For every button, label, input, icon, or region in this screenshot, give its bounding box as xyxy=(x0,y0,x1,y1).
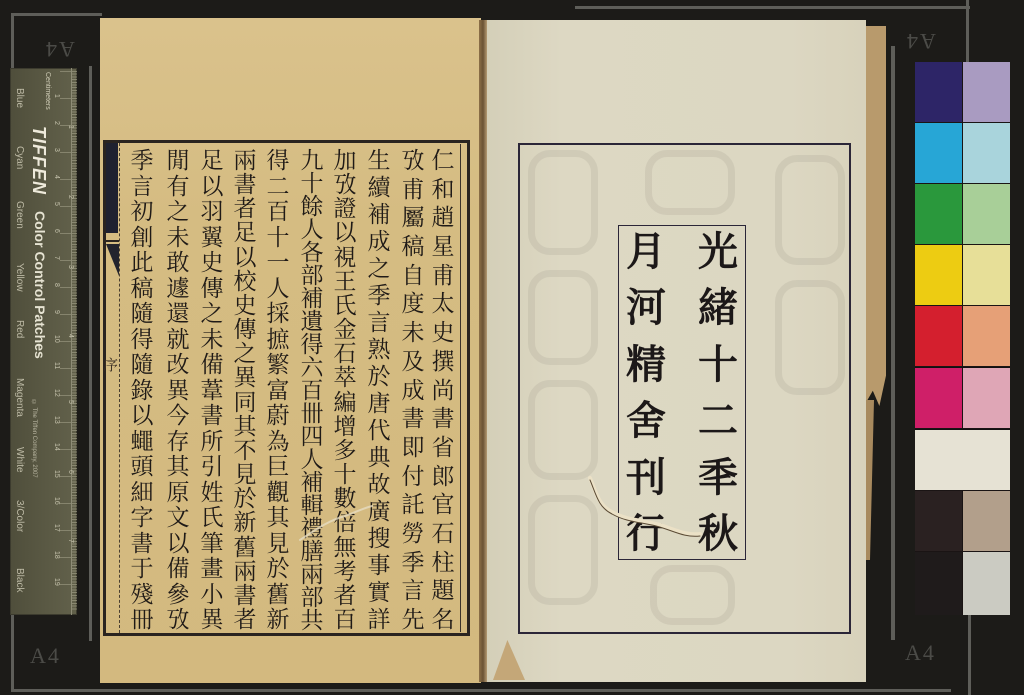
cm-tick-label: 5 xyxy=(53,202,60,206)
imprint-publisher-column: 月河精舍刊行 xyxy=(622,232,670,554)
glyph: 史 xyxy=(234,295,257,318)
patch-3color-tint xyxy=(962,491,1010,551)
inch-tick-label: 6 xyxy=(67,470,74,474)
inch-tick-label: 4 xyxy=(67,334,74,338)
glyph: 史 xyxy=(432,322,455,345)
glyph: 以 xyxy=(131,405,154,428)
glyph: 人 xyxy=(267,278,290,301)
glyph: 富 xyxy=(267,380,290,403)
glyph: 視 xyxy=(334,247,357,270)
patch-red-full xyxy=(915,306,962,366)
text-column: 兩書者足以校史傳之異同其不見於新舊兩書者 xyxy=(231,150,259,632)
glyph: 校 xyxy=(234,271,257,294)
glyph: 存 xyxy=(167,431,190,454)
glyph: 隨 xyxy=(131,303,154,326)
glyph: 字 xyxy=(131,507,154,530)
glyph: 九 xyxy=(301,150,324,173)
a4-mark-bottom-right: A4 xyxy=(905,640,936,666)
patch-green-full xyxy=(915,184,962,244)
glyph: 郎 xyxy=(432,466,455,489)
glyph: 言 xyxy=(402,580,425,603)
ruler-label-magenta: Magenta xyxy=(14,378,24,417)
glyph: 度 xyxy=(402,293,425,316)
glyph: 考 xyxy=(334,561,357,584)
glyph: 稿 xyxy=(402,236,425,259)
frame-line-right-upper xyxy=(966,0,969,62)
glyph: 卌 xyxy=(301,403,324,426)
glyph: 趙 xyxy=(432,207,455,230)
glyph: 原 xyxy=(167,482,190,505)
glyph: 太 xyxy=(432,293,455,316)
glyph: 倍 xyxy=(334,512,357,535)
glyph: 行 xyxy=(626,514,666,554)
glyph: 人 xyxy=(301,219,324,242)
text-column: 閒有之未敢遽還就改異今存其原文以備參攷 xyxy=(164,150,192,632)
text-column: 九十餘人各部補遺得六百卌四人補輯禮膳兩部共 xyxy=(298,150,326,632)
text-column: 得二百十一人採摭繁富蔚為巨觀其見於舊新 xyxy=(264,150,292,632)
glyph: 細 xyxy=(131,482,154,505)
patch-row-yellow xyxy=(915,245,1010,306)
glyph: 其 xyxy=(234,416,257,439)
patch-black-tint xyxy=(962,552,1010,615)
fold-black-mouth xyxy=(106,143,118,233)
cm-tick-label: 1 xyxy=(53,94,60,98)
glyph: 共 xyxy=(301,610,324,633)
glyph: 所 xyxy=(201,431,224,454)
glyph: 餘 xyxy=(301,196,324,219)
ruler-units-label: Centimeters xyxy=(44,72,51,110)
glyph: 隨 xyxy=(131,354,154,377)
cm-tick-label: 18 xyxy=(53,551,60,559)
glyph: 名 xyxy=(432,609,455,632)
ruler-label-green: Green xyxy=(14,201,24,229)
patch-row-3color xyxy=(915,491,1010,552)
color-patch-strip xyxy=(915,62,1010,615)
glyph: 畫 xyxy=(201,558,224,581)
ruler-label-yellow: Yellow xyxy=(14,263,24,292)
glyph: 搜 xyxy=(368,528,391,551)
inch-tick-label: 3 xyxy=(67,265,74,269)
text-column: 生續補成之季言熟於唐代典故廣搜事實詳 xyxy=(365,150,393,632)
glyph: 攷 xyxy=(167,609,190,632)
patch-red-tint xyxy=(962,306,1010,366)
glyph: 撰 xyxy=(432,351,455,374)
glyph: 補 xyxy=(301,288,324,311)
glyph: 得 xyxy=(267,150,290,173)
glyph: 四 xyxy=(301,426,324,449)
glyph: 者 xyxy=(334,585,357,608)
a4-mark-top-right: A4 xyxy=(905,28,936,54)
glyph: 見 xyxy=(234,464,257,487)
glyph: 補 xyxy=(368,204,391,227)
glyph: 十 xyxy=(698,345,738,385)
glyph: 甫 xyxy=(432,265,455,288)
glyph: 備 xyxy=(167,558,190,581)
glyph: 以 xyxy=(167,533,190,556)
glyph: 各 xyxy=(301,242,324,265)
glyph: 小 xyxy=(201,584,224,607)
glyph: 柱 xyxy=(432,552,455,575)
glyph: 王 xyxy=(334,271,357,294)
glyph: 稿 xyxy=(131,278,154,301)
glyph: 月 xyxy=(626,232,666,272)
glyph: 季 xyxy=(402,552,425,575)
glyph: 翼 xyxy=(201,227,224,250)
fold-label: 序 xyxy=(103,354,118,375)
glyph: 之 xyxy=(167,201,190,224)
glyph: 故 xyxy=(368,474,391,497)
left-frame-inner-rule xyxy=(460,144,461,632)
glyph: 屬 xyxy=(402,207,425,230)
cm-tick-label: 10 xyxy=(53,335,60,343)
glyph: 其 xyxy=(167,456,190,479)
glyph: 加 xyxy=(334,150,357,173)
glyph: 者 xyxy=(234,609,257,632)
glyph: 百 xyxy=(267,201,290,224)
color-control-ruler: Blue Cyan Green Yellow Red Magenta White… xyxy=(10,68,77,615)
frame-line-left-inner xyxy=(89,66,92,641)
cm-tick-label: 17 xyxy=(53,524,60,532)
glyph: 之 xyxy=(201,303,224,326)
glyph: 改 xyxy=(167,354,190,377)
glyph: 舊 xyxy=(234,537,257,560)
patch-cyan-tint xyxy=(962,123,1010,183)
glyph: 備 xyxy=(201,354,224,377)
glyph: 傳 xyxy=(201,278,224,301)
glyph: 未 xyxy=(167,227,190,250)
glyph: 冊 xyxy=(131,609,154,632)
glyph: 於 xyxy=(234,488,257,511)
glyph: 異 xyxy=(201,609,224,632)
glyph: 書 xyxy=(201,405,224,428)
inch-tick-label: 5 xyxy=(67,400,74,404)
patch-row-cyan xyxy=(915,123,1010,184)
book-gutter xyxy=(479,20,487,682)
glyph: 數 xyxy=(334,488,357,511)
ruler-label-3color: 3/Color xyxy=(14,500,24,532)
patch-black-full xyxy=(915,552,962,615)
glyph: 未 xyxy=(201,329,224,352)
glyph: 錄 xyxy=(131,380,154,403)
a4-mark-bottom-left: A4 xyxy=(30,643,61,669)
glyph: 於 xyxy=(368,366,391,389)
inch-tick-label: 2 xyxy=(67,195,74,199)
glyph: 敢 xyxy=(167,252,190,275)
glyph: 補 xyxy=(301,472,324,495)
cm-tick-label: 13 xyxy=(53,416,60,424)
glyph: 初 xyxy=(131,201,154,224)
glyph: 足 xyxy=(201,150,224,173)
glyph: 膳 xyxy=(301,541,324,564)
glyph: 實 xyxy=(368,582,391,605)
glyph: 書 xyxy=(432,408,455,431)
glyph: 書 xyxy=(402,408,425,431)
glyph: 觀 xyxy=(267,482,290,505)
cm-tick-label: 9 xyxy=(53,310,60,314)
glyph: 輯 xyxy=(301,495,324,518)
glyph: 證 xyxy=(334,198,357,221)
glyph: 書 xyxy=(131,533,154,556)
glyph: 頭 xyxy=(131,456,154,479)
glyph: 葦 xyxy=(201,380,224,403)
cm-tick-label: 4 xyxy=(53,175,60,179)
frame-line-top xyxy=(575,6,970,9)
patch-row-green xyxy=(915,184,1010,245)
patch-yellow-tint xyxy=(962,245,1010,305)
frame-line-right-lower xyxy=(968,615,971,695)
glyph: 其 xyxy=(267,507,290,530)
cm-tick-label: 15 xyxy=(53,470,60,478)
patch-blue-full xyxy=(915,62,962,122)
glyph: 河 xyxy=(626,288,666,328)
glyph: 言 xyxy=(368,312,391,335)
cm-tick-label: 7 xyxy=(53,256,60,260)
cm-tick-label: 16 xyxy=(53,497,60,505)
glyph: 羽 xyxy=(201,201,224,224)
glyph: 蠅 xyxy=(131,431,154,454)
glyph: 得 xyxy=(301,334,324,357)
glyph: 詳 xyxy=(368,609,391,632)
patch-magenta-tint xyxy=(962,368,1010,428)
glyph: 續 xyxy=(368,177,391,200)
frame-line-left xyxy=(11,13,14,68)
glyph: 禮 xyxy=(301,518,324,541)
glyph: 二 xyxy=(267,176,290,199)
glyph: 官 xyxy=(432,494,455,517)
cm-tick-label: 6 xyxy=(53,229,60,233)
glyph: 異 xyxy=(167,380,190,403)
glyph: 於 xyxy=(267,558,290,581)
glyph: 新 xyxy=(234,512,257,535)
glyph: 增 xyxy=(334,416,357,439)
ruler-label-red: Red xyxy=(14,320,24,338)
glyph: 為 xyxy=(267,431,290,454)
ruler-rail xyxy=(71,68,72,615)
glyph: 于 xyxy=(131,558,154,581)
glyph: 攷 xyxy=(402,150,425,173)
glyph: 二 xyxy=(698,401,738,441)
glyph: 緒 xyxy=(698,288,738,328)
tiffen-logo: TIFFEN xyxy=(30,126,48,195)
glyph: 同 xyxy=(234,392,257,415)
glyph: 蔚 xyxy=(267,405,290,428)
glyph: 之 xyxy=(368,258,391,281)
glyph: 編 xyxy=(334,392,357,415)
glyph: 即 xyxy=(402,437,425,460)
frame-line-left-lower xyxy=(11,615,14,691)
glyph: 舍 xyxy=(626,401,666,441)
glyph: 言 xyxy=(131,176,154,199)
patch-green-tint xyxy=(962,184,1010,244)
glyph: 先 xyxy=(402,609,425,632)
glyph: 無 xyxy=(334,537,357,560)
glyph: 託 xyxy=(402,494,425,517)
mm-tick-marks xyxy=(72,71,77,611)
glyph: 氏 xyxy=(201,507,224,530)
glyph: 今 xyxy=(167,405,190,428)
glyph: 廣 xyxy=(368,501,391,524)
glyph: 巨 xyxy=(267,456,290,479)
text-column: 仁和趙星甫太史撰尚書省郎官石柱題名 xyxy=(429,150,457,632)
glyph: 以 xyxy=(234,247,257,270)
ruler-copyright: © The Tiffen Company, 2007 xyxy=(31,400,37,478)
glyph: 萃 xyxy=(334,367,357,390)
glyph: 創 xyxy=(131,227,154,250)
glyph: 十 xyxy=(301,173,324,196)
glyph: 典 xyxy=(368,447,391,470)
glyph: 者 xyxy=(234,198,257,221)
glyph: 引 xyxy=(201,456,224,479)
glyph: 百 xyxy=(301,380,324,403)
glyph: 甫 xyxy=(402,179,425,202)
glyph: 仁 xyxy=(432,150,455,173)
frame-line-top-left xyxy=(12,13,102,16)
glyph: 多 xyxy=(334,440,357,463)
ruler-label-white: White xyxy=(14,447,24,473)
glyph: 書 xyxy=(234,174,257,197)
glyph: 季 xyxy=(131,150,154,173)
patch-blue-tint xyxy=(962,62,1010,122)
underlying-page-edge xyxy=(864,26,886,406)
glyph: 百 xyxy=(334,609,357,632)
cm-tick-label: 2 xyxy=(53,121,60,125)
glyph: 書 xyxy=(234,585,257,608)
glyph: 代 xyxy=(368,420,391,443)
imprint-date-column: 光緒十二秊秋 xyxy=(694,232,742,554)
glyph: 兩 xyxy=(301,564,324,587)
patch-row-red xyxy=(915,306,1010,367)
glyph: 刊 xyxy=(626,458,666,498)
glyph: 以 xyxy=(334,222,357,245)
glyph: 殘 xyxy=(131,584,154,607)
glyph: 勞 xyxy=(402,523,425,546)
glyph: 遽 xyxy=(167,278,190,301)
text-column: 攷甫屬稿自度未及成書即付託勞季言先 xyxy=(399,150,427,632)
a4-mark-top-left: A4 xyxy=(44,36,75,62)
cm-tick-label: 14 xyxy=(53,443,60,451)
glyph: 和 xyxy=(432,179,455,202)
glyph: 以 xyxy=(201,176,224,199)
glyph: 閒 xyxy=(167,150,190,173)
cm-tick-label: 12 xyxy=(53,389,60,397)
glyph: 舊 xyxy=(267,584,290,607)
glyph: 金 xyxy=(334,319,357,342)
glyph: 一 xyxy=(267,252,290,275)
patch-row-white xyxy=(915,430,1010,491)
glyph: 見 xyxy=(267,533,290,556)
glyph: 之 xyxy=(234,343,257,366)
glyph: 部 xyxy=(301,587,324,610)
glyph: 事 xyxy=(368,555,391,578)
frame-line-right-inner xyxy=(891,46,895,640)
text-column: 加攷證以視王氏金石萃編增多十數倍無考者百 xyxy=(331,150,359,632)
glyph: 筆 xyxy=(201,533,224,556)
glyph: 有 xyxy=(167,176,190,199)
glyph: 精 xyxy=(626,345,666,385)
glyph: 光 xyxy=(698,232,738,272)
frame-line-bottom xyxy=(11,689,951,692)
patch-cyan-full xyxy=(915,123,962,183)
ruler-label-black: Black xyxy=(14,568,24,592)
glyph: 繁 xyxy=(267,354,290,377)
patch-row-magenta xyxy=(915,368,1010,429)
cm-tick-label: 11 xyxy=(53,362,60,369)
glyph: 還 xyxy=(167,303,190,326)
patch-3color-full xyxy=(915,491,962,551)
glyph: 人 xyxy=(301,449,324,472)
glyph: 足 xyxy=(234,222,257,245)
glyph: 及 xyxy=(402,351,425,374)
glyph: 石 xyxy=(432,523,455,546)
patch-row-blue xyxy=(915,62,1010,123)
cm-tick-label: 8 xyxy=(53,283,60,287)
glyph: 參 xyxy=(167,584,190,607)
ruler-title: Color Control Patches xyxy=(33,211,47,359)
text-column: 足以羽翼史傳之未備葦書所引姓氏筆畫小異 xyxy=(198,150,226,632)
fold-center-rule xyxy=(119,143,120,633)
fishtail-rule xyxy=(106,240,119,242)
glyph: 兩 xyxy=(234,150,257,173)
glyph: 季 xyxy=(368,285,391,308)
glyph: 石 xyxy=(334,343,357,366)
glyph: 就 xyxy=(167,329,190,352)
glyph: 氏 xyxy=(334,295,357,318)
glyph: 付 xyxy=(402,466,425,489)
cm-tick-label: 19 xyxy=(53,578,60,586)
glyph: 唐 xyxy=(368,393,391,416)
glyph: 省 xyxy=(432,437,455,460)
ruler-label-blue: Blue xyxy=(14,88,24,108)
glyph: 不 xyxy=(234,440,257,463)
glyph: 摭 xyxy=(267,329,290,352)
glyph: 兩 xyxy=(234,561,257,584)
glyph: 星 xyxy=(432,236,455,259)
glyph: 題 xyxy=(432,580,455,603)
inch-tick-label: 1 xyxy=(67,125,74,129)
glyph: 六 xyxy=(301,357,324,380)
glyph: 文 xyxy=(167,507,190,530)
glyph: 十 xyxy=(334,464,357,487)
patch-yellow-full xyxy=(915,245,962,305)
patch-white xyxy=(915,430,1010,490)
glyph: 遺 xyxy=(301,311,324,334)
glyph: 熟 xyxy=(368,339,391,362)
glyph: 十 xyxy=(267,227,290,250)
glyph: 史 xyxy=(201,252,224,275)
glyph: 採 xyxy=(267,303,290,326)
cm-tick-label: 3 xyxy=(53,148,60,152)
glyph: 傳 xyxy=(234,319,257,342)
glyph: 秋 xyxy=(698,514,738,554)
glyph: 新 xyxy=(267,609,290,632)
glyph: 秊 xyxy=(698,458,738,498)
glyph: 未 xyxy=(402,322,425,345)
glyph: 部 xyxy=(301,265,324,288)
patch-magenta-full xyxy=(915,368,962,428)
glyph: 生 xyxy=(368,150,391,173)
glyph: 異 xyxy=(234,367,257,390)
text-column: 季言初創此稿隨得隨錄以蠅頭細字書于殘冊 xyxy=(128,150,156,632)
ruler-label-cyan: Cyan xyxy=(14,146,24,169)
glyph: 姓 xyxy=(201,482,224,505)
glyph: 成 xyxy=(368,231,391,254)
glyph: 尚 xyxy=(432,380,455,403)
inch-tick-label: 7 xyxy=(67,539,74,543)
glyph: 攷 xyxy=(334,174,357,197)
glyph: 成 xyxy=(402,380,425,403)
patch-row-black xyxy=(915,552,1010,615)
glyph: 自 xyxy=(402,265,425,288)
